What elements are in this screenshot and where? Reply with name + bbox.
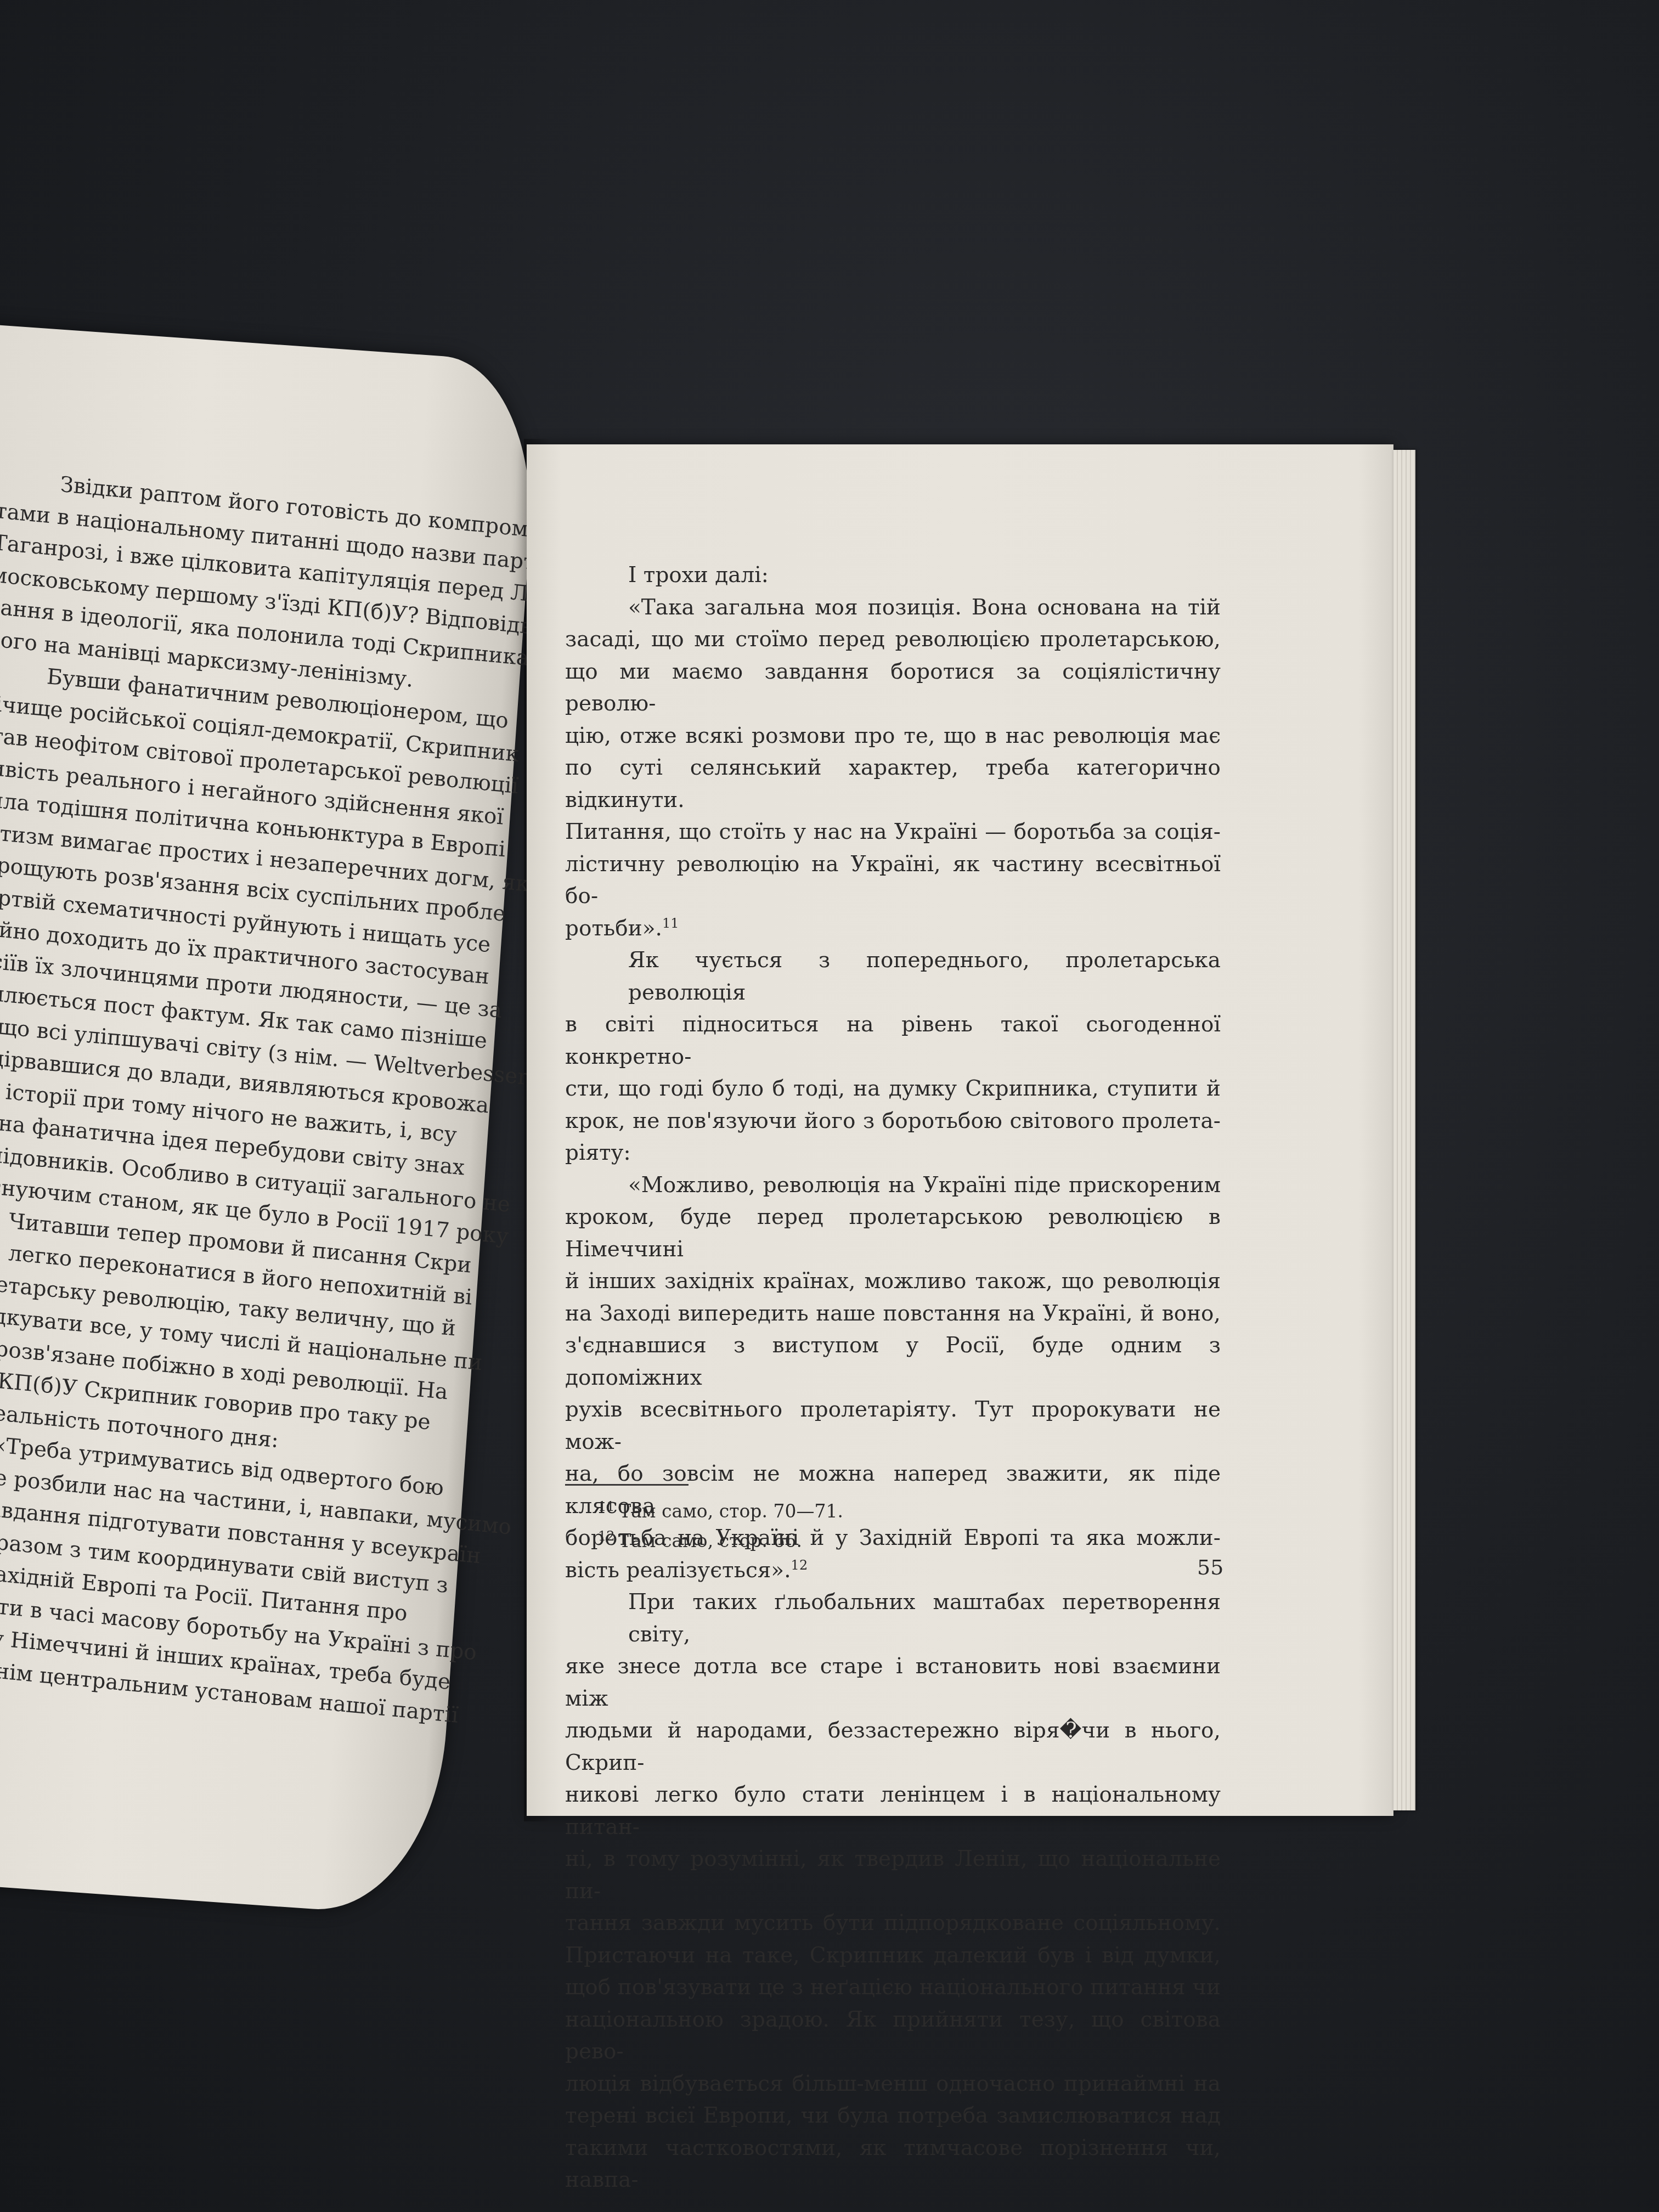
footnote-item: 11 Там само, стор. 70—71. — [598, 1497, 843, 1526]
text-line: в світі підноситься на рівень такої сьог… — [565, 1009, 1221, 1073]
text-line: що ми маємо завдання боротися за соціялі… — [565, 656, 1221, 720]
text-line: ні, в тому розумінні, як твердив Ленін, … — [565, 1843, 1221, 1908]
text-line: сти, що годі було б тоді, на думку Скрип… — [565, 1073, 1221, 1105]
text-line: тання завжди мусить бути підпорядковане … — [565, 1908, 1221, 1940]
text-line: «Така загальна моя позиція. Вона основан… — [565, 592, 1221, 624]
text-line: цію, отже всякі розмови про те, що в нас… — [565, 720, 1221, 753]
left-page: Звідки раптом його готовість до компромі… — [0, 324, 541, 1917]
text-line: яке знесе дотла все старе і встановить н… — [565, 1651, 1221, 1715]
footnotes: 11 Там само, стор. 70—71.12 Там само, ст… — [598, 1497, 843, 1556]
text-line: Пристаючи на таке, Скрипник далекий був … — [565, 1940, 1221, 1972]
text-line: терені всієї Европи, чи була потреба зам… — [565, 2100, 1221, 2132]
text-line: Як чується з попереднього, пролетарська … — [565, 945, 1221, 1009]
text-line: лістичну революцію на Україні, як частин… — [565, 849, 1221, 913]
right-page-number: 55 — [1197, 1555, 1223, 1579]
footnote-text: Там само, стор. 66. — [619, 1530, 802, 1551]
footnote-number: 12 — [598, 1528, 619, 1544]
text-line: рухів всесвітнього пролетаріяту. Тут про… — [565, 1394, 1221, 1458]
text-line: кроком, буде перед пролетарською революц… — [565, 1201, 1221, 1266]
text-line: «Можливо, революція на Україні піде прис… — [565, 1170, 1221, 1202]
text-line: по суті селянський характер, треба катег… — [565, 752, 1221, 816]
text-line: такими частковостями, як тимчасове поріз… — [565, 2132, 1221, 2197]
footnote-number: 11 — [598, 1499, 619, 1514]
text-line: з'єднавшися з виступом у Росії, буде одн… — [565, 1330, 1221, 1394]
text-line: щоб пов'язувати це з неґацією національн… — [565, 1972, 1221, 2004]
text-line: І трохи далі: — [565, 560, 1221, 592]
text-line: й інших західніх країнах, можливо також,… — [565, 1266, 1221, 1298]
left-page-body-text: Звідки раптом його готовість до компромі… — [0, 463, 600, 1737]
footnote-item: 12 Там само, стор. 66. — [598, 1526, 843, 1556]
text-line: Питання, що стоїть у нас на Україні — бо… — [565, 816, 1221, 849]
footnote-text: Там само, стор. 70—71. — [619, 1500, 843, 1522]
text-line: ріяту: — [565, 1137, 1221, 1170]
right-page: І трохи далі:«Така загальна моя позиція.… — [527, 444, 1393, 1816]
footnote-ref: 12 — [791, 1558, 808, 1573]
text-line: національною зрадою. Як прийняти тезу, щ… — [565, 2004, 1221, 2068]
text-line: вість реалізується».12 — [565, 1555, 1221, 1587]
book-page-edges — [1393, 450, 1415, 1810]
text-line: крок, не пов'язуючи його з боротьбою сві… — [565, 1105, 1221, 1138]
text-line: никові легко було стати ленінцем і в нац… — [565, 1779, 1221, 1843]
text-line: люція відбувається більш-менш одночасно … — [565, 2068, 1221, 2101]
text-line: При таких ґльобальних маштабах перетворе… — [565, 1587, 1221, 1651]
text-line: на Заході випередить наше повстання на У… — [565, 1298, 1221, 1330]
footnote-divider — [565, 1484, 689, 1486]
footnote-ref: 11 — [662, 916, 679, 931]
text-line: засаді, що ми стоїмо перед революцією пр… — [565, 624, 1221, 656]
right-page-body-text: І трохи далі:«Така загальна моя позиція.… — [565, 560, 1221, 2197]
text-line: людьми й народами, беззастережно віря�чи… — [565, 1715, 1221, 1779]
text-line: ротьби».11 — [565, 913, 1221, 945]
